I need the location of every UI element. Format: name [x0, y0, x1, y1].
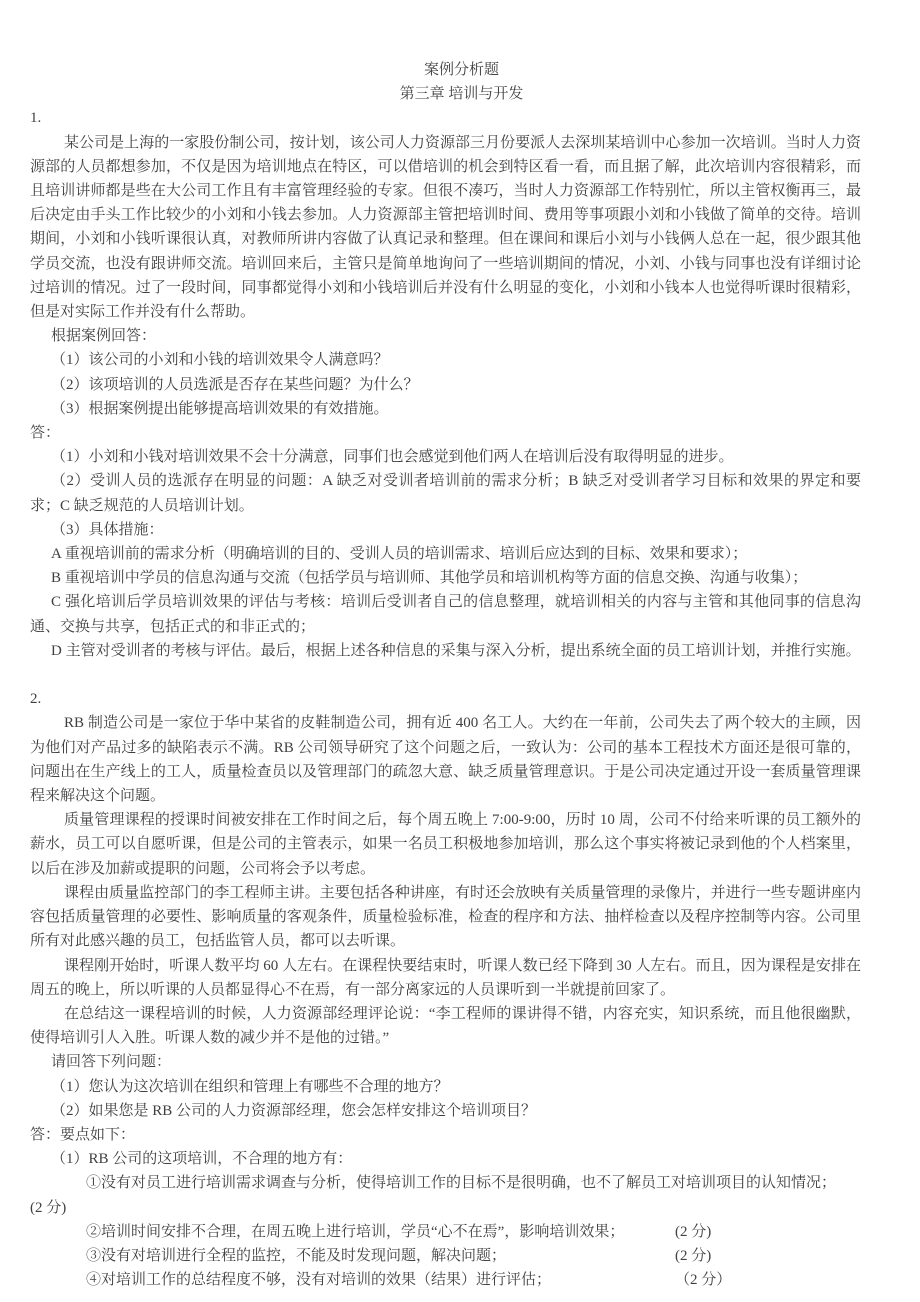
case-1-measure-c: C 强化培训后学员培训效果的评估与考核：培训后受训者自己的信息整理，就培训相关的… — [30, 590, 861, 638]
case-1-body: 某公司是上海的一家股份制公司，按计划，该公司人力资源部三月份要派人去深圳某培训中… — [30, 131, 861, 325]
case-1-question-2: （2）该项培训的人员选派是否存在某些问题？为什么？ — [30, 373, 861, 397]
case-2-number: 2. — [30, 687, 893, 711]
case-1-question-3: （3）根据案例提出能够提高培训效果的有效措施。 — [30, 397, 861, 421]
case-1-prompt: 根据案例回答： — [30, 324, 861, 348]
case-2-prompt: 请回答下列问题： — [30, 1050, 861, 1074]
case-1-measure-b: B 重视培训中学员的信息沟通与交流（包括学员与培训师、其他学员和培训机构等方面的… — [30, 566, 861, 590]
case-2-paragraph-5: 在总结这一课程培训的时候，人力资源部经理评论说：“李工程师的课讲得不错，内容充实… — [30, 1002, 861, 1050]
case-2-answer-heading: （1）RB 公司的这项培训，不合理的地方有： — [30, 1147, 861, 1171]
case-1-answer-1: （1）小刘和小钱对培训效果不会十分满意，同事们也会感觉到他们两人在培训后没有取得… — [30, 445, 861, 469]
case-1-question-1: （1）该公司的小刘和小钱的培训效果令人满意吗？ — [30, 348, 861, 372]
chapter-heading: 第三章 培训与开发 — [30, 82, 893, 106]
case-2-paragraph-1: RB 制造公司是一家位于华中某省的皮鞋制造公司，拥有近 400 名工人。大约在一… — [30, 711, 861, 808]
section-spacer — [30, 663, 893, 687]
case-2-paragraph-3: 课程由质量监控部门的李工程师主讲。主要包括各种讲座，有时还会放映有关质量管理的录… — [30, 881, 861, 954]
case-2-answer-item-2-score: (2 分) — [675, 1220, 711, 1244]
case-2-answer-item-3: ③没有对培训进行全程的监控，不能及时发现问题，解决问题； (2 分) — [30, 1244, 893, 1268]
case-1-number: 1. — [30, 106, 893, 130]
case-1-answer-label: 答： — [30, 421, 893, 445]
case-2-answer-item-2-text: ②培训时间安排不合理，在周五晚上进行培训，学员“心不在焉”，影响培训效果； — [86, 1224, 624, 1240]
page-title: 案例分析题 — [30, 58, 893, 82]
case-1-answer-2: （2）受训人员的选派存在明显的问题：A 缺乏对受训者培训前的需求分析；B 缺乏对… — [30, 469, 861, 517]
case-2-answer-item-4-text: ④对培训工作的总结程度不够，没有对培训的效果（结果）进行评估； — [86, 1272, 551, 1288]
case-2-answer-item-4: ④对培训工作的总结程度不够，没有对培训的效果（结果）进行评估； （2 分） — [30, 1268, 893, 1292]
case-2-question-2: （2）如果您是 RB 公司的人力资源部经理，您会怎样安排这个培训项目？ — [30, 1099, 861, 1123]
case-2-answer-item-2: ②培训时间安排不合理，在周五晚上进行培训，学员“心不在焉”，影响培训效果； (2… — [30, 1220, 893, 1244]
case-2-answer-item-1: ①没有对员工进行培训需求调查与分析，使得培训工作的目标不是很明确，也不了解员工对… — [30, 1171, 893, 1195]
case-2-answer-item-3-text: ③没有对培训进行全程的监控，不能及时发现问题，解决问题； — [86, 1248, 506, 1264]
case-1-answer-3: （3）具体措施： — [30, 518, 861, 542]
case-1-measure-a: A 重视培训前的需求分析（明确培训的目的、受训人员的培训需求、培训后应达到的目标… — [30, 542, 861, 566]
case-2-paragraph-4: 课程刚开始时，听课人数平均 60 人左右。在课程快要结束时，听课人数已经下降到 … — [30, 954, 861, 1002]
case-2-answer-label: 答：要点如下： — [30, 1123, 893, 1147]
case-2-question-1: （1）您认为这次培训在组织和管理上有哪些不合理的地方？ — [30, 1075, 861, 1099]
case-2-paragraph-2: 质量管理课程的授课时间被安排在工作时间之后，每个周五晚上 7:00-9:00，历… — [30, 808, 861, 881]
case-2-answer-item-4-score: （2 分） — [675, 1268, 731, 1292]
case-2-answer-item-3-score: (2 分) — [675, 1244, 711, 1268]
document-page: 案例分析题 第三章 培训与开发 1. 某公司是上海的一家股份制公司，按计划，该公… — [0, 0, 920, 1302]
case-2-answer-item-1-score: (2 分) — [30, 1196, 893, 1220]
case-1-measure-d: D 主管对受训者的考核与评估。最后，根据上述各种信息的采集与深入分析，提出系统全… — [30, 639, 861, 663]
